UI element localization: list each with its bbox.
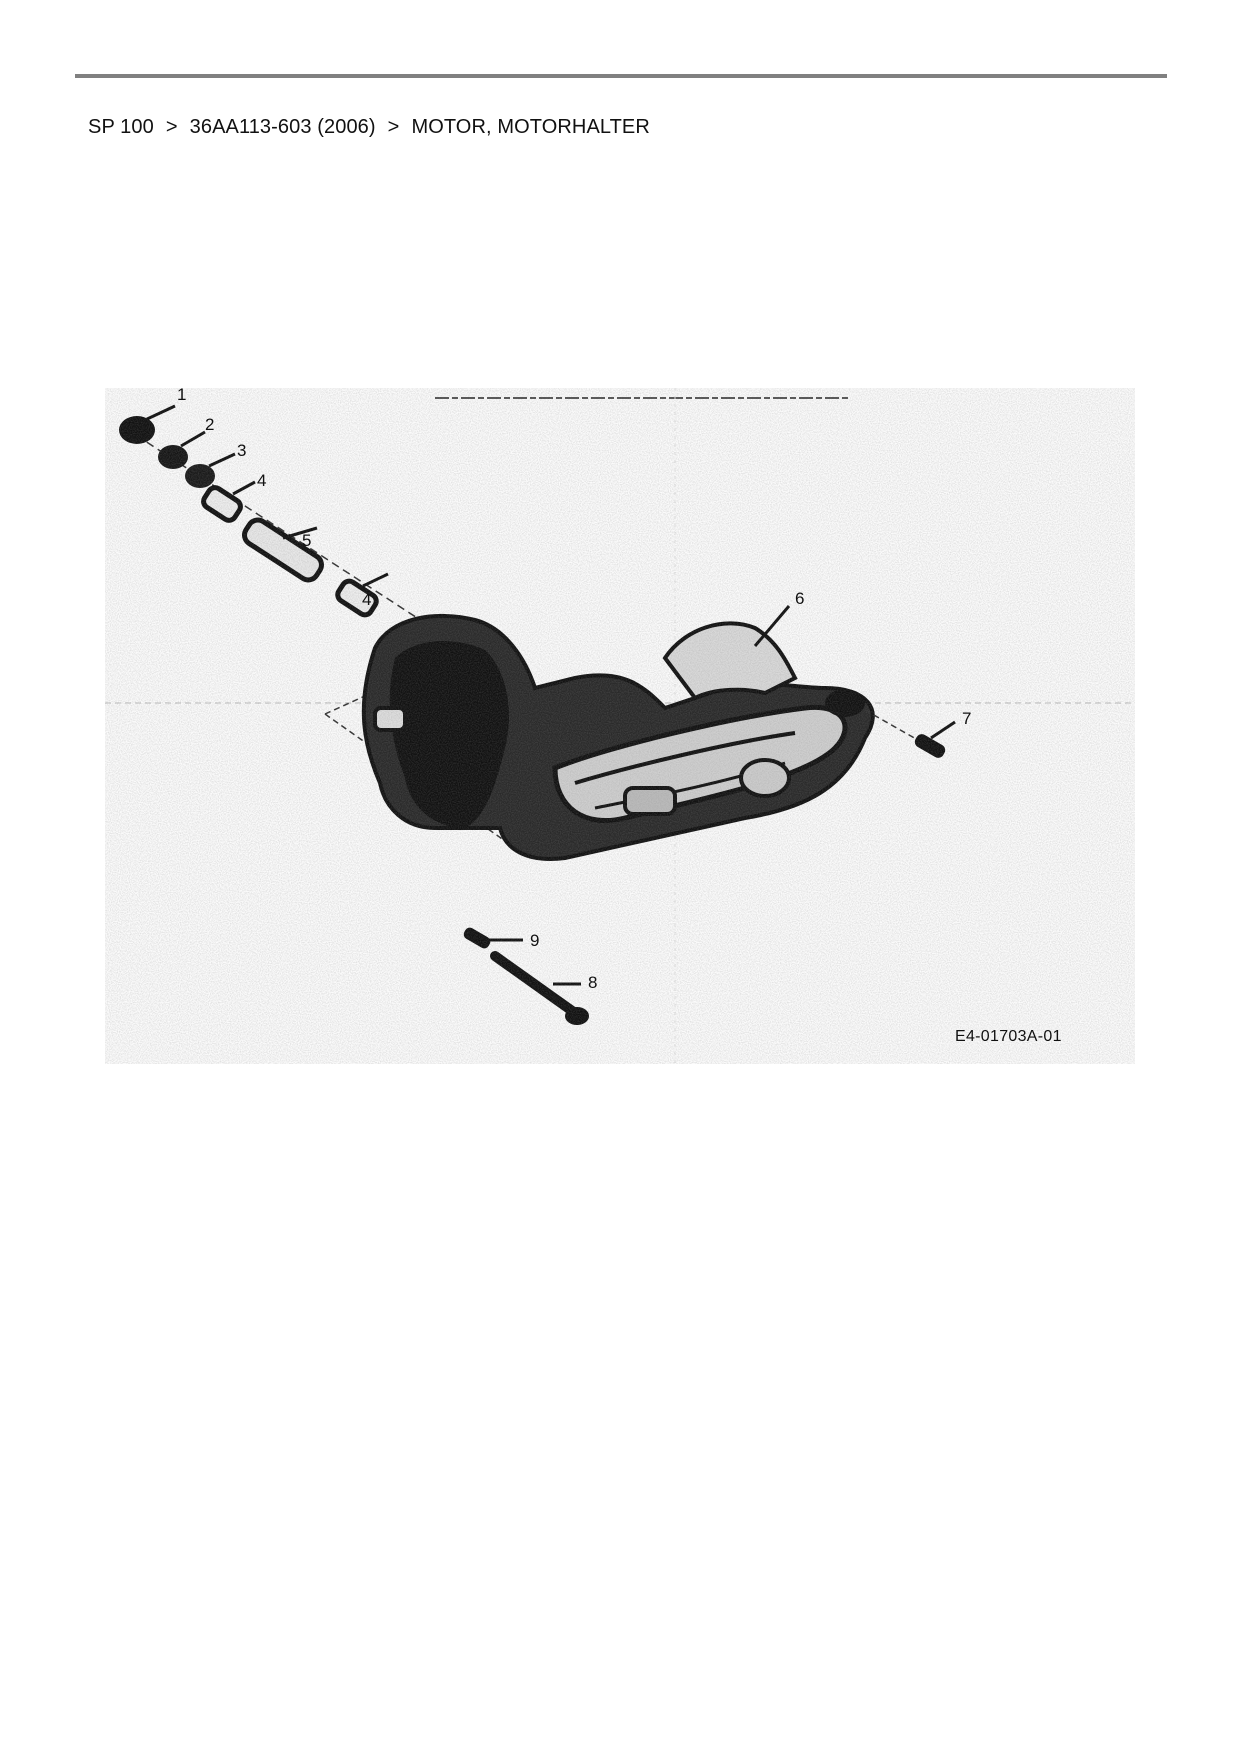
- breadcrumb: SP 100>36AA113-603 (2006)>MOTOR, MOTORHA…: [88, 116, 650, 139]
- callout-3: 3: [237, 442, 246, 459]
- breadcrumb-item-part-number[interactable]: 36AA113-603 (2006): [190, 116, 376, 138]
- callout-1: 1: [177, 386, 186, 403]
- callout-8: 8: [588, 974, 597, 991]
- breadcrumb-item-section: MOTOR, MOTORHALTER: [411, 116, 649, 138]
- drawing-number: E4-01703A-01: [955, 1028, 1062, 1046]
- callout-6: 6: [795, 590, 804, 607]
- breadcrumb-separator: >: [166, 116, 178, 139]
- callout-7: 7: [962, 710, 971, 727]
- callout-4: 4: [257, 472, 266, 489]
- callout-9: 9: [530, 932, 539, 949]
- exploded-parts-diagram: 1 2 3 4 5 4 6 7 8 9 E4-01703A-01: [105, 388, 1135, 1064]
- top-rule: [75, 74, 1167, 78]
- breadcrumb-item-model[interactable]: SP 100: [88, 116, 154, 138]
- callout-2: 2: [205, 416, 214, 433]
- callout-4-second: 4: [362, 591, 371, 608]
- callout-5: 5: [302, 532, 311, 549]
- breadcrumb-separator: >: [388, 116, 400, 139]
